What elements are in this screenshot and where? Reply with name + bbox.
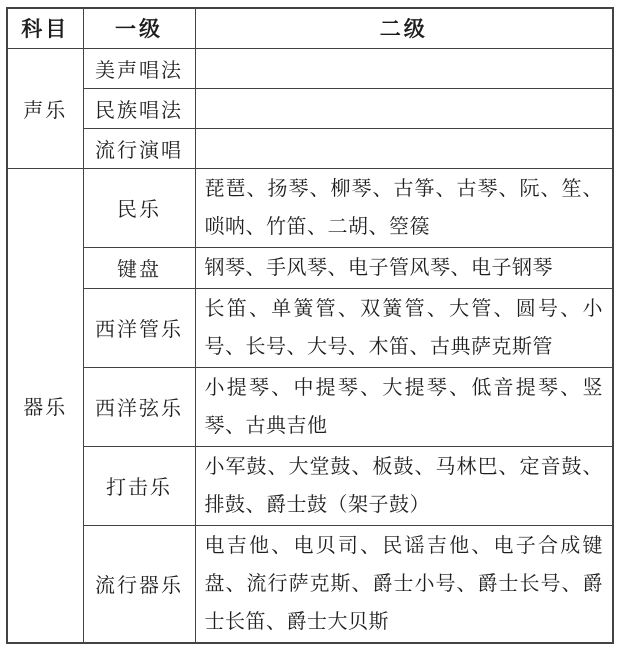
header-row: 科目 一级 二级 (7, 8, 613, 48)
level1-cell: 键盘 (83, 247, 195, 288)
table-row: 流行演唱 (7, 128, 613, 168)
header-subject: 科目 (7, 8, 83, 48)
level1-cell: 西洋管乐 (83, 288, 195, 367)
level1-cell: 西洋弦乐 (83, 367, 195, 446)
level2-cell: 琵琶、扬琴、柳琴、古筝、古琴、阮、笙、唢呐、竹笛、二胡、箜篌 (195, 168, 613, 247)
level1-cell: 民乐 (83, 168, 195, 247)
table-row: 西洋弦乐小提琴、中提琴、大提琴、低音提琴、竖琴、古典吉他 (7, 367, 613, 446)
level2-cell: 钢琴、手风琴、电子管风琴、电子钢琴 (195, 247, 613, 288)
header-level2: 二级 (195, 8, 613, 48)
level1-cell: 流行演唱 (83, 128, 195, 168)
table-body: 声乐美声唱法民族唱法流行演唱器乐民乐琵琶、扬琴、柳琴、古筝、古琴、阮、笙、唢呐、… (7, 48, 613, 643)
table-row: 器乐民乐琵琶、扬琴、柳琴、古筝、古琴、阮、笙、唢呐、竹笛、二胡、箜篌 (7, 168, 613, 247)
level2-cell: 电吉他、电贝司、民谣吉他、电子合成键盘、流行萨克斯、爵士小号、爵士长号、爵士长笛… (195, 525, 613, 643)
header-level1: 一级 (83, 8, 195, 48)
level1-cell: 美声唱法 (83, 48, 195, 88)
page: 科目 一级 二级 声乐美声唱法民族唱法流行演唱器乐民乐琵琶、扬琴、柳琴、古筝、古… (0, 0, 623, 644)
level2-cell: 小军鼓、大堂鼓、板鼓、马林巴、定音鼓、排鼓、爵士鼓（架子鼓） (195, 446, 613, 525)
table-header: 科目 一级 二级 (7, 8, 613, 48)
level2-cell (195, 88, 613, 128)
music-category-table: 科目 一级 二级 声乐美声唱法民族唱法流行演唱器乐民乐琵琶、扬琴、柳琴、古筝、古… (6, 7, 614, 644)
level2-cell: 长笛、单簧管、双簧管、大管、圆号、小号、长号、大号、木笛、古典萨克斯管 (195, 288, 613, 367)
level2-cell: 小提琴、中提琴、大提琴、低音提琴、竖琴、古典吉他 (195, 367, 613, 446)
subject-cell: 声乐 (7, 48, 83, 168)
level2-cell (195, 48, 613, 88)
level1-cell: 打击乐 (83, 446, 195, 525)
level1-cell: 民族唱法 (83, 88, 195, 128)
subject-cell: 器乐 (7, 168, 83, 643)
table-row: 键盘钢琴、手风琴、电子管风琴、电子钢琴 (7, 247, 613, 288)
level2-cell (195, 128, 613, 168)
table-row: 声乐美声唱法 (7, 48, 613, 88)
table-row: 打击乐小军鼓、大堂鼓、板鼓、马林巴、定音鼓、排鼓、爵士鼓（架子鼓） (7, 446, 613, 525)
table-row: 流行器乐电吉他、电贝司、民谣吉他、电子合成键盘、流行萨克斯、爵士小号、爵士长号、… (7, 525, 613, 643)
table-row: 民族唱法 (7, 88, 613, 128)
level1-cell: 流行器乐 (83, 525, 195, 643)
table-row: 西洋管乐长笛、单簧管、双簧管、大管、圆号、小号、长号、大号、木笛、古典萨克斯管 (7, 288, 613, 367)
